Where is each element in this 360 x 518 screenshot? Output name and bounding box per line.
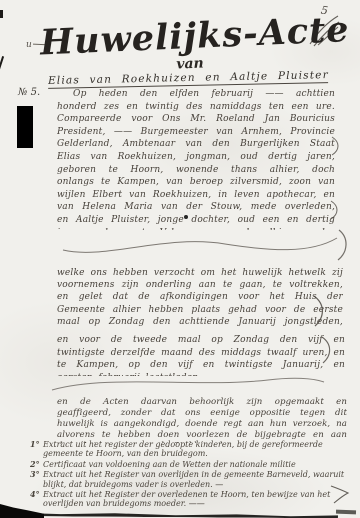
list-item-4: 4° Extract uit het Register der overlede… [30,490,352,509]
list-item-2-number: 2° [30,460,43,469]
list-item-2-text: Certificaat van voldoening aan de Wetten… [43,460,352,469]
paragraph2-end-bracket [312,295,326,327]
list-item-2: 2° Certificaat van voldoening aan de Wet… [30,460,352,469]
list-item-4-text: Extract uit het Register der overledenen… [43,490,352,509]
scan-edge-bottom [0,511,338,518]
list-item-3-number: 3° [30,470,43,489]
line-end-bracket-1 [330,136,342,156]
redaction-block [17,106,33,148]
paragraph-second-publication: en voor de tweede maal op Zondag den vij… [57,334,345,376]
list-item-1-text: Extract uit het register der gedoopte ki… [43,440,352,459]
act-number: № 5. [18,87,40,98]
scan-speck-left [0,56,4,70]
list-end-flourish [330,482,352,504]
paragraph-annexed-documents: en de Acten daarvan behoorlijk zijn opge… [57,397,347,443]
annexed-documents-list: 1° Extract uit het register der gedoopte… [30,440,352,510]
scan-edge-right [336,510,356,515]
list-item-4-number: 4° [30,490,43,509]
list-item-1: 1° Extract uit het register der gedoopte… [30,440,352,459]
paragraph-first-publication: welke ons hebben verzocht om het huwelij… [57,267,343,329]
paragraph-divider-swash [55,228,355,264]
paragraph3-end-bracket [320,336,334,364]
document-page: 5 u Huwelijks-Acte van Elias van Roekhui… [0,0,360,518]
long-divider-swash [48,372,328,394]
scan-speck-top-left [0,10,3,18]
list-item-3: 3° Extract uit het Register van overlijd… [30,470,352,489]
margin-mark-letter: u [26,40,32,50]
paragraph-comparition: Op heden den elfden februarij —— achttie… [57,88,335,230]
line-end-bracket-2 [329,200,341,220]
list-item-3-text: Extract uit het Register van overlijden … [43,470,352,489]
ink-blot [184,215,188,219]
list-item-1-number: 1° [30,440,43,459]
